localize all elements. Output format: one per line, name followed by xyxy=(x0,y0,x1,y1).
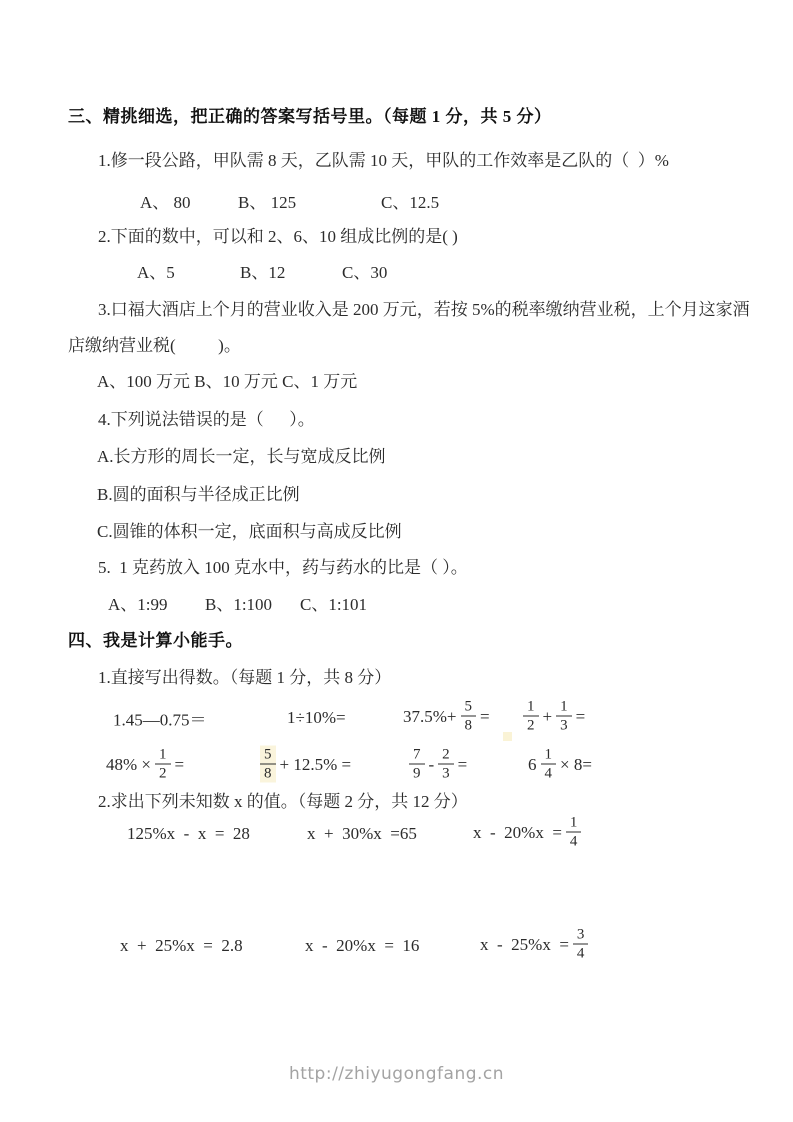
equation-6: x - 25%x =34 xyxy=(480,928,592,965)
equals-sign: = xyxy=(458,755,468,774)
denominator: 4 xyxy=(573,945,589,963)
option-a: A、5 xyxy=(137,262,240,284)
fraction: 12 xyxy=(155,746,171,783)
calc-row-1: 1.45—0.75＝ 1÷10%= 37.5%+58= 12+13= xyxy=(0,693,793,743)
numerator: 7 xyxy=(409,746,425,765)
question-3-line1: 3.口福大酒店上个月的营业收入是 200 万元，若按 5%的税率缴纳营业税，上个… xyxy=(0,299,793,321)
question-1-text: 1.修一段公路，甲队需 8 天，乙队需 10 天，甲队的工作效率是乙队的（ ）% xyxy=(0,150,793,172)
denominator: 2 xyxy=(523,717,539,735)
numerator: 3 xyxy=(573,926,589,945)
calc-item-7: 79-23= xyxy=(405,748,467,785)
equation-text: x - 25%x = xyxy=(480,935,569,954)
option-b: B、 125 xyxy=(238,192,381,214)
numerator: 1 xyxy=(541,746,557,765)
calc-item-5: 48% ×12= xyxy=(106,748,184,785)
numerator: 2 xyxy=(438,746,454,765)
question-1-options: A、 80B、 125C、12.5 xyxy=(0,192,793,214)
expression: 37.5%+ xyxy=(403,707,457,726)
calc-item-8: 614× 8= xyxy=(528,748,592,785)
equation-text: x - 20%x = 16 xyxy=(305,936,419,955)
calc-item-4: 12+13= xyxy=(519,700,585,737)
numerator: 1 xyxy=(155,746,171,765)
expression: 1.45—0.75＝ xyxy=(113,711,207,730)
fraction: 34 xyxy=(573,926,589,963)
option-b: B、1:100 xyxy=(205,594,300,616)
calc-item-1: 1.45—0.75＝ xyxy=(113,706,207,731)
question-2-text: 2.下面的数中，可以和 2、6、10 组成比例的是( ) xyxy=(0,226,793,248)
denominator: 3 xyxy=(556,717,572,735)
fraction: 14 xyxy=(541,746,557,783)
numerator: 1 xyxy=(556,698,572,717)
whole-number: 6 xyxy=(528,755,537,774)
question-4-choice-a: A.长方形的周长一定，长与宽成反比例 xyxy=(0,446,793,468)
expression: × 8= xyxy=(560,755,592,774)
calc-item-2: 1÷10%= xyxy=(287,708,346,728)
question-3-line2: 店缴纳营业税( )。 xyxy=(0,335,793,357)
equation-5: x - 20%x = 16 xyxy=(305,936,419,956)
fraction: 58 xyxy=(461,698,477,735)
expression: + 12.5% = xyxy=(280,755,352,774)
denominator: 8 xyxy=(461,717,477,735)
equals-sign: = xyxy=(576,707,586,726)
equation-3: x - 20%x =14 xyxy=(473,816,585,853)
expression: 1÷10%= xyxy=(287,708,346,727)
numerator: 1 xyxy=(566,814,582,833)
question-4-text: 4.下列说法错误的是（ ）。 xyxy=(0,409,793,431)
equation-text: 125%x - x = 28 xyxy=(127,824,250,843)
equation-4: x + 25%x = 2.8 xyxy=(120,936,243,956)
equation-row-1: 125%x - x = 28 x + 30%x =65 x - 20%x =14 xyxy=(0,808,793,860)
option-c: C、12.5 xyxy=(381,192,439,214)
watermark-dot xyxy=(503,732,512,741)
equals-sign: = xyxy=(480,707,490,726)
question-4-choice-b: B.圆的面积与半径成正比例 xyxy=(0,484,793,506)
option-b: B、12 xyxy=(240,262,342,284)
equation-2: x + 30%x =65 xyxy=(307,824,417,844)
question-5-options: A、1:99B、1:100C、1:101 xyxy=(0,594,793,616)
equation-row-2: x + 25%x = 2.8 x - 20%x = 16 x - 25%x =3… xyxy=(0,920,793,972)
equation-1: 125%x - x = 28 xyxy=(127,824,250,844)
denominator: 4 xyxy=(541,765,557,783)
exam-page: 三、精挑细选，把正确的答案写括号里。（每题 1 分，共 5 分） 1.修一段公路… xyxy=(0,0,793,1122)
fraction: 14 xyxy=(566,814,582,851)
section4-heading: 四、我是计算小能手。 xyxy=(0,630,793,652)
fraction: 13 xyxy=(556,698,572,735)
operator: - xyxy=(429,755,435,774)
equation-text: x - 20%x = xyxy=(473,823,562,842)
fraction: 23 xyxy=(438,746,454,783)
fraction: 79 xyxy=(409,746,425,783)
option-a: A、1:99 xyxy=(108,594,205,616)
footer-url: http://zhiyugongfang.cn xyxy=(0,1064,793,1084)
question-4-choice-c: C.圆锥的体积一定，底面积与高成反比例 xyxy=(0,521,793,543)
operator: + xyxy=(543,707,553,726)
fraction: 58 xyxy=(260,746,276,783)
calc-item-6: 58+ 12.5% = xyxy=(256,748,351,785)
question-5-text: 5. 1 克药放入 100 克水中，药与药水的比是（ ）。 xyxy=(0,557,793,579)
denominator: 9 xyxy=(409,765,425,783)
numerator: 5 xyxy=(260,746,276,765)
question-3-options: A、100 万元 B、10 万元 C、1 万元 xyxy=(0,371,793,393)
part1-intro: 1.直接写出得数。（每题 1 分，共 8 分） xyxy=(0,667,793,689)
option-c: C、30 xyxy=(342,262,387,284)
denominator: 3 xyxy=(438,765,454,783)
denominator: 8 xyxy=(260,765,276,783)
numerator: 5 xyxy=(461,698,477,717)
option-a: A、 80 xyxy=(140,192,238,214)
numerator: 1 xyxy=(523,698,539,717)
equation-text: x + 30%x =65 xyxy=(307,824,417,843)
fraction: 12 xyxy=(523,698,539,735)
section3-heading: 三、精挑细选，把正确的答案写括号里。（每题 1 分，共 5 分） xyxy=(0,106,793,128)
option-c: C、1:101 xyxy=(300,594,367,616)
equals-sign: = xyxy=(175,755,185,774)
calc-row-2: 48% ×12= 58+ 12.5% = 79-23= 614× 8= xyxy=(0,741,793,791)
equation-text: x + 25%x = 2.8 xyxy=(120,936,243,955)
denominator: 4 xyxy=(566,833,582,851)
question-2-options: A、5B、12C、30 xyxy=(0,262,793,284)
calc-item-3: 37.5%+58= xyxy=(403,700,490,737)
denominator: 2 xyxy=(155,765,171,783)
expression: 48% × xyxy=(106,755,151,774)
